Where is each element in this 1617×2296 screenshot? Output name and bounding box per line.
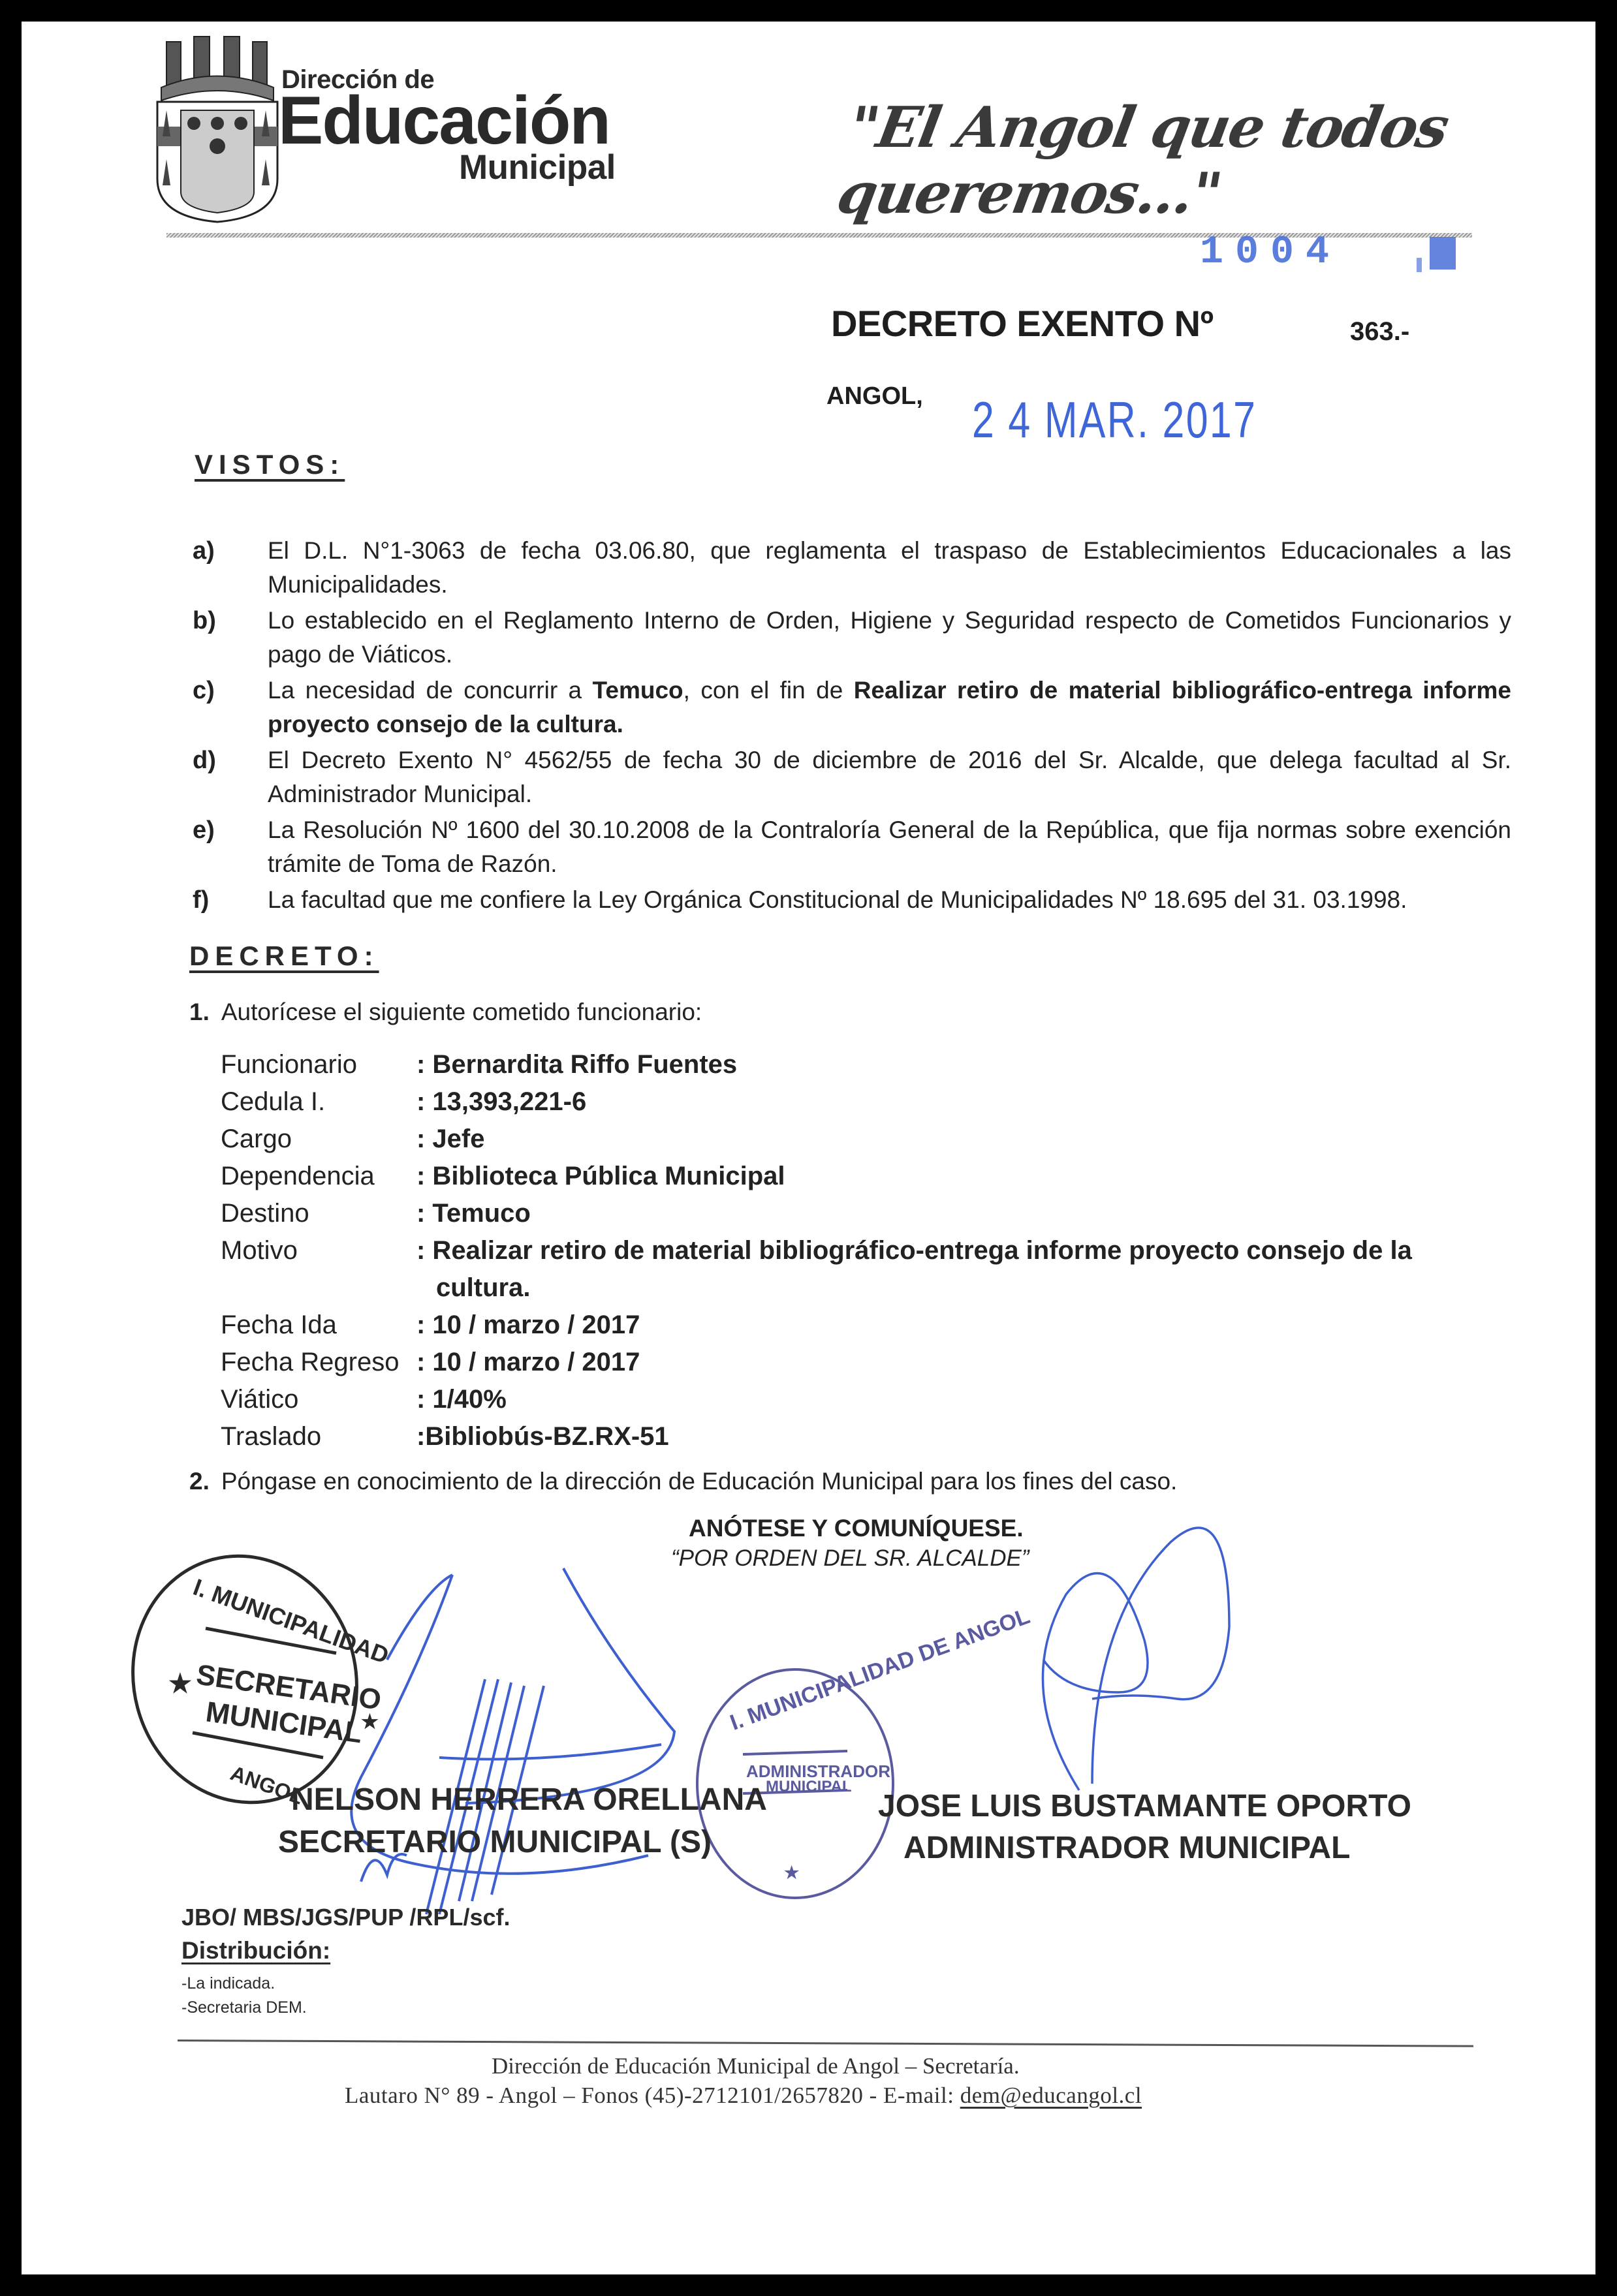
- footer-office: Dirección de Educación Municipal de Ango…: [492, 2053, 1020, 2079]
- field-value: : Realizar retiro de material bibliográf…: [416, 1232, 1513, 1307]
- svg-text:I. MUNICIPALIDAD DE ANGOL: I. MUNICIPALIDAD DE ANGOL: [727, 1604, 1033, 1735]
- field-row: Destino: Temuco: [221, 1195, 1513, 1232]
- administrator-role: ADMINISTRADOR MUNICIPAL: [903, 1830, 1350, 1866]
- field-label: Cedula I.: [221, 1083, 416, 1121]
- item-marker: c): [193, 674, 215, 707]
- registry-stamp-number: 1004: [1200, 230, 1341, 275]
- decree-city: ANGOL,: [826, 382, 923, 411]
- field-row: Dependencia: Biblioteca Pública Municipa…: [221, 1158, 1513, 1195]
- item-text: Póngase en conocimiento de la dirección …: [221, 1468, 1177, 1495]
- vistos-heading: VISTOS:: [195, 449, 345, 480]
- svg-text:ADMINISTRADOR: ADMINISTRADOR: [746, 1761, 890, 1781]
- field-value: : Jefe: [416, 1121, 1513, 1158]
- svg-text:MUNICIPAL: MUNICIPAL: [766, 1778, 852, 1795]
- field-label: Destino: [221, 1195, 416, 1232]
- field-value-line: cultura.: [416, 1269, 1513, 1307]
- item-marker: d): [193, 743, 216, 777]
- field-row: Funcionario: Bernardita Riffo Fuentes: [221, 1046, 1513, 1083]
- distribution-item: -Secretaria DEM.: [181, 1996, 307, 2020]
- administrator-signature-icon: [1043, 1528, 1229, 1790]
- vistos-item: d)El Decreto Exento N° 4562/55 de fecha …: [193, 743, 1511, 811]
- svg-text:★: ★: [361, 1711, 379, 1733]
- administrator-name: JOSE LUIS BUSTAMANTE OPORTO: [878, 1788, 1411, 1824]
- assignment-fields: Funcionario: Bernardita Riffo Fuentes Ce…: [221, 1046, 1513, 1455]
- footer-divider: [178, 2040, 1473, 2047]
- vistos-item: f)La facultad que me confiere la Ley Org…: [193, 883, 1511, 917]
- svg-text:MUNICIPAL: MUNICIPAL: [204, 1696, 364, 1749]
- vistos-item: c)La necesidad de concurrir a Temuco, co…: [193, 674, 1511, 741]
- field-row: Traslado:Bibliobús-BZ.RX-51: [221, 1418, 1513, 1455]
- field-value: : 1/40%: [416, 1381, 1513, 1418]
- reference-initials: JBO/ MBS/JGS/PUP /RPL/scf.: [181, 1904, 510, 1931]
- item-marker: e): [193, 813, 215, 847]
- field-value: : 10 / marzo / 2017: [416, 1307, 1513, 1344]
- vistos-item: a)El D.L. N°1-3063 de fecha 03.06.80, qu…: [193, 534, 1511, 602]
- secretary-role: SECRETARIO MUNICIPAL (S): [278, 1824, 712, 1860]
- decree-title: DECRETO EXENTO Nº: [831, 302, 1214, 345]
- field-value: : Bernardita Riffo Fuentes: [416, 1046, 1513, 1083]
- field-row: Fecha Regreso: 10 / marzo / 2017: [221, 1344, 1513, 1381]
- field-value: : 13,393,221-6: [416, 1083, 1513, 1121]
- distribution-heading: Distribución:: [181, 1937, 330, 1964]
- secretary-signature-icon: [351, 1568, 674, 1914]
- city-motto: "El Angol que todos queremos...": [832, 95, 1607, 226]
- date-stamp: 2 4 MAR. 2017: [972, 390, 1257, 450]
- field-row: Motivo: Realizar retiro de material bibl…: [221, 1232, 1513, 1307]
- vistos-item: e)La Resolución Nº 1600 del 30.10.2008 d…: [193, 813, 1511, 881]
- item-text: Lo establecido en el Reglamento Interno …: [268, 607, 1511, 668]
- item-text: , con el fin de: [683, 677, 854, 704]
- decreto-item-1: 1.Autorícese el siguiente cometido funci…: [189, 999, 702, 1026]
- item-text: La facultad que me confiere la Ley Orgán…: [268, 886, 1407, 913]
- field-label: Fecha Ida: [221, 1307, 416, 1344]
- field-value: : 10 / marzo / 2017: [416, 1344, 1513, 1381]
- closing-formula: ANÓTESE Y COMUNÍQUESE.: [689, 1515, 1024, 1542]
- field-value-line: : Realizar retiro de material bibliográf…: [416, 1236, 1412, 1265]
- footer-contact: Lautaro N° 89 - Angol – Fonos (45)-27121…: [345, 2083, 1142, 2109]
- svg-text:★: ★: [168, 1669, 192, 1698]
- field-label: Funcionario: [221, 1046, 416, 1083]
- svg-text:★: ★: [784, 1863, 800, 1882]
- item-marker: 1.: [189, 999, 210, 1025]
- secretary-name: NELSON HERRERA ORELLANA: [291, 1782, 767, 1818]
- decreto-item-2: 2.Póngase en conocimiento de la direcció…: [189, 1468, 1177, 1495]
- svg-text:I. MUNICIPALIDAD: I. MUNICIPALIDAD: [190, 1574, 392, 1669]
- field-value: :Bibliobús-BZ.RX-51: [416, 1418, 1513, 1455]
- field-label: Cargo: [221, 1121, 416, 1158]
- field-value: : Temuco: [416, 1195, 1513, 1232]
- coat-of-arms-icon: [148, 29, 287, 225]
- field-row: Cargo: Jefe: [221, 1121, 1513, 1158]
- field-label: Fecha Regreso: [221, 1344, 416, 1381]
- brand-title: Educación: [278, 87, 610, 155]
- vistos-list: a)El D.L. N°1-3063 de fecha 03.06.80, qu…: [193, 534, 1511, 919]
- field-row: Viático: 1/40%: [221, 1381, 1513, 1418]
- field-label: Motivo: [221, 1232, 416, 1307]
- stamp-mark-icon: [1417, 258, 1422, 272]
- brand-municipal: Municipal: [459, 147, 616, 187]
- field-label: Viático: [221, 1381, 416, 1418]
- distribution-item: -La indicada.: [181, 1972, 307, 1996]
- svg-text:SECRETARIO: SECRETARIO: [195, 1658, 383, 1716]
- item-text: La Resolución Nº 1600 del 30.10.2008 de …: [268, 816, 1511, 877]
- field-value: : Biblioteca Pública Municipal: [416, 1158, 1513, 1195]
- decree-number: 363.-: [1350, 317, 1409, 347]
- document-page: Dirección de Educación Municipal "El Ang…: [22, 22, 1595, 2274]
- destination-text: Temuco: [593, 677, 683, 704]
- distribution-list: -La indicada. -Secretaria DEM.: [181, 1972, 307, 2020]
- by-order-of-mayor: “POR ORDEN DEL SR. ALCALDE”: [671, 1545, 1029, 1572]
- item-text: Autorícese el siguiente cometido funcion…: [221, 999, 702, 1025]
- item-text: El Decreto Exento N° 4562/55 de fecha 30…: [268, 747, 1511, 807]
- item-text: El D.L. N°1-3063 de fecha 03.06.80, que …: [268, 537, 1511, 598]
- stamp-mark-icon: [1430, 237, 1456, 270]
- field-row: Fecha Ida: 10 / marzo / 2017: [221, 1307, 1513, 1344]
- item-marker: 2.: [189, 1468, 210, 1495]
- vistos-item: b)Lo establecido en el Reglamento Intern…: [193, 604, 1511, 672]
- field-label: Dependencia: [221, 1158, 416, 1195]
- footer-address: Lautaro N° 89 - Angol – Fonos (45)-27121…: [345, 2083, 960, 2108]
- item-marker: b): [193, 604, 216, 638]
- field-label: Traslado: [221, 1418, 416, 1455]
- footer-email-link[interactable]: dem@educangol.cl: [960, 2083, 1142, 2108]
- item-marker: f): [193, 883, 209, 917]
- item-text: La necesidad de concurrir a: [268, 677, 593, 704]
- field-row: Cedula I.: 13,393,221-6: [221, 1083, 1513, 1121]
- item-marker: a): [193, 534, 215, 568]
- decreto-heading: DECRETO:: [189, 940, 379, 972]
